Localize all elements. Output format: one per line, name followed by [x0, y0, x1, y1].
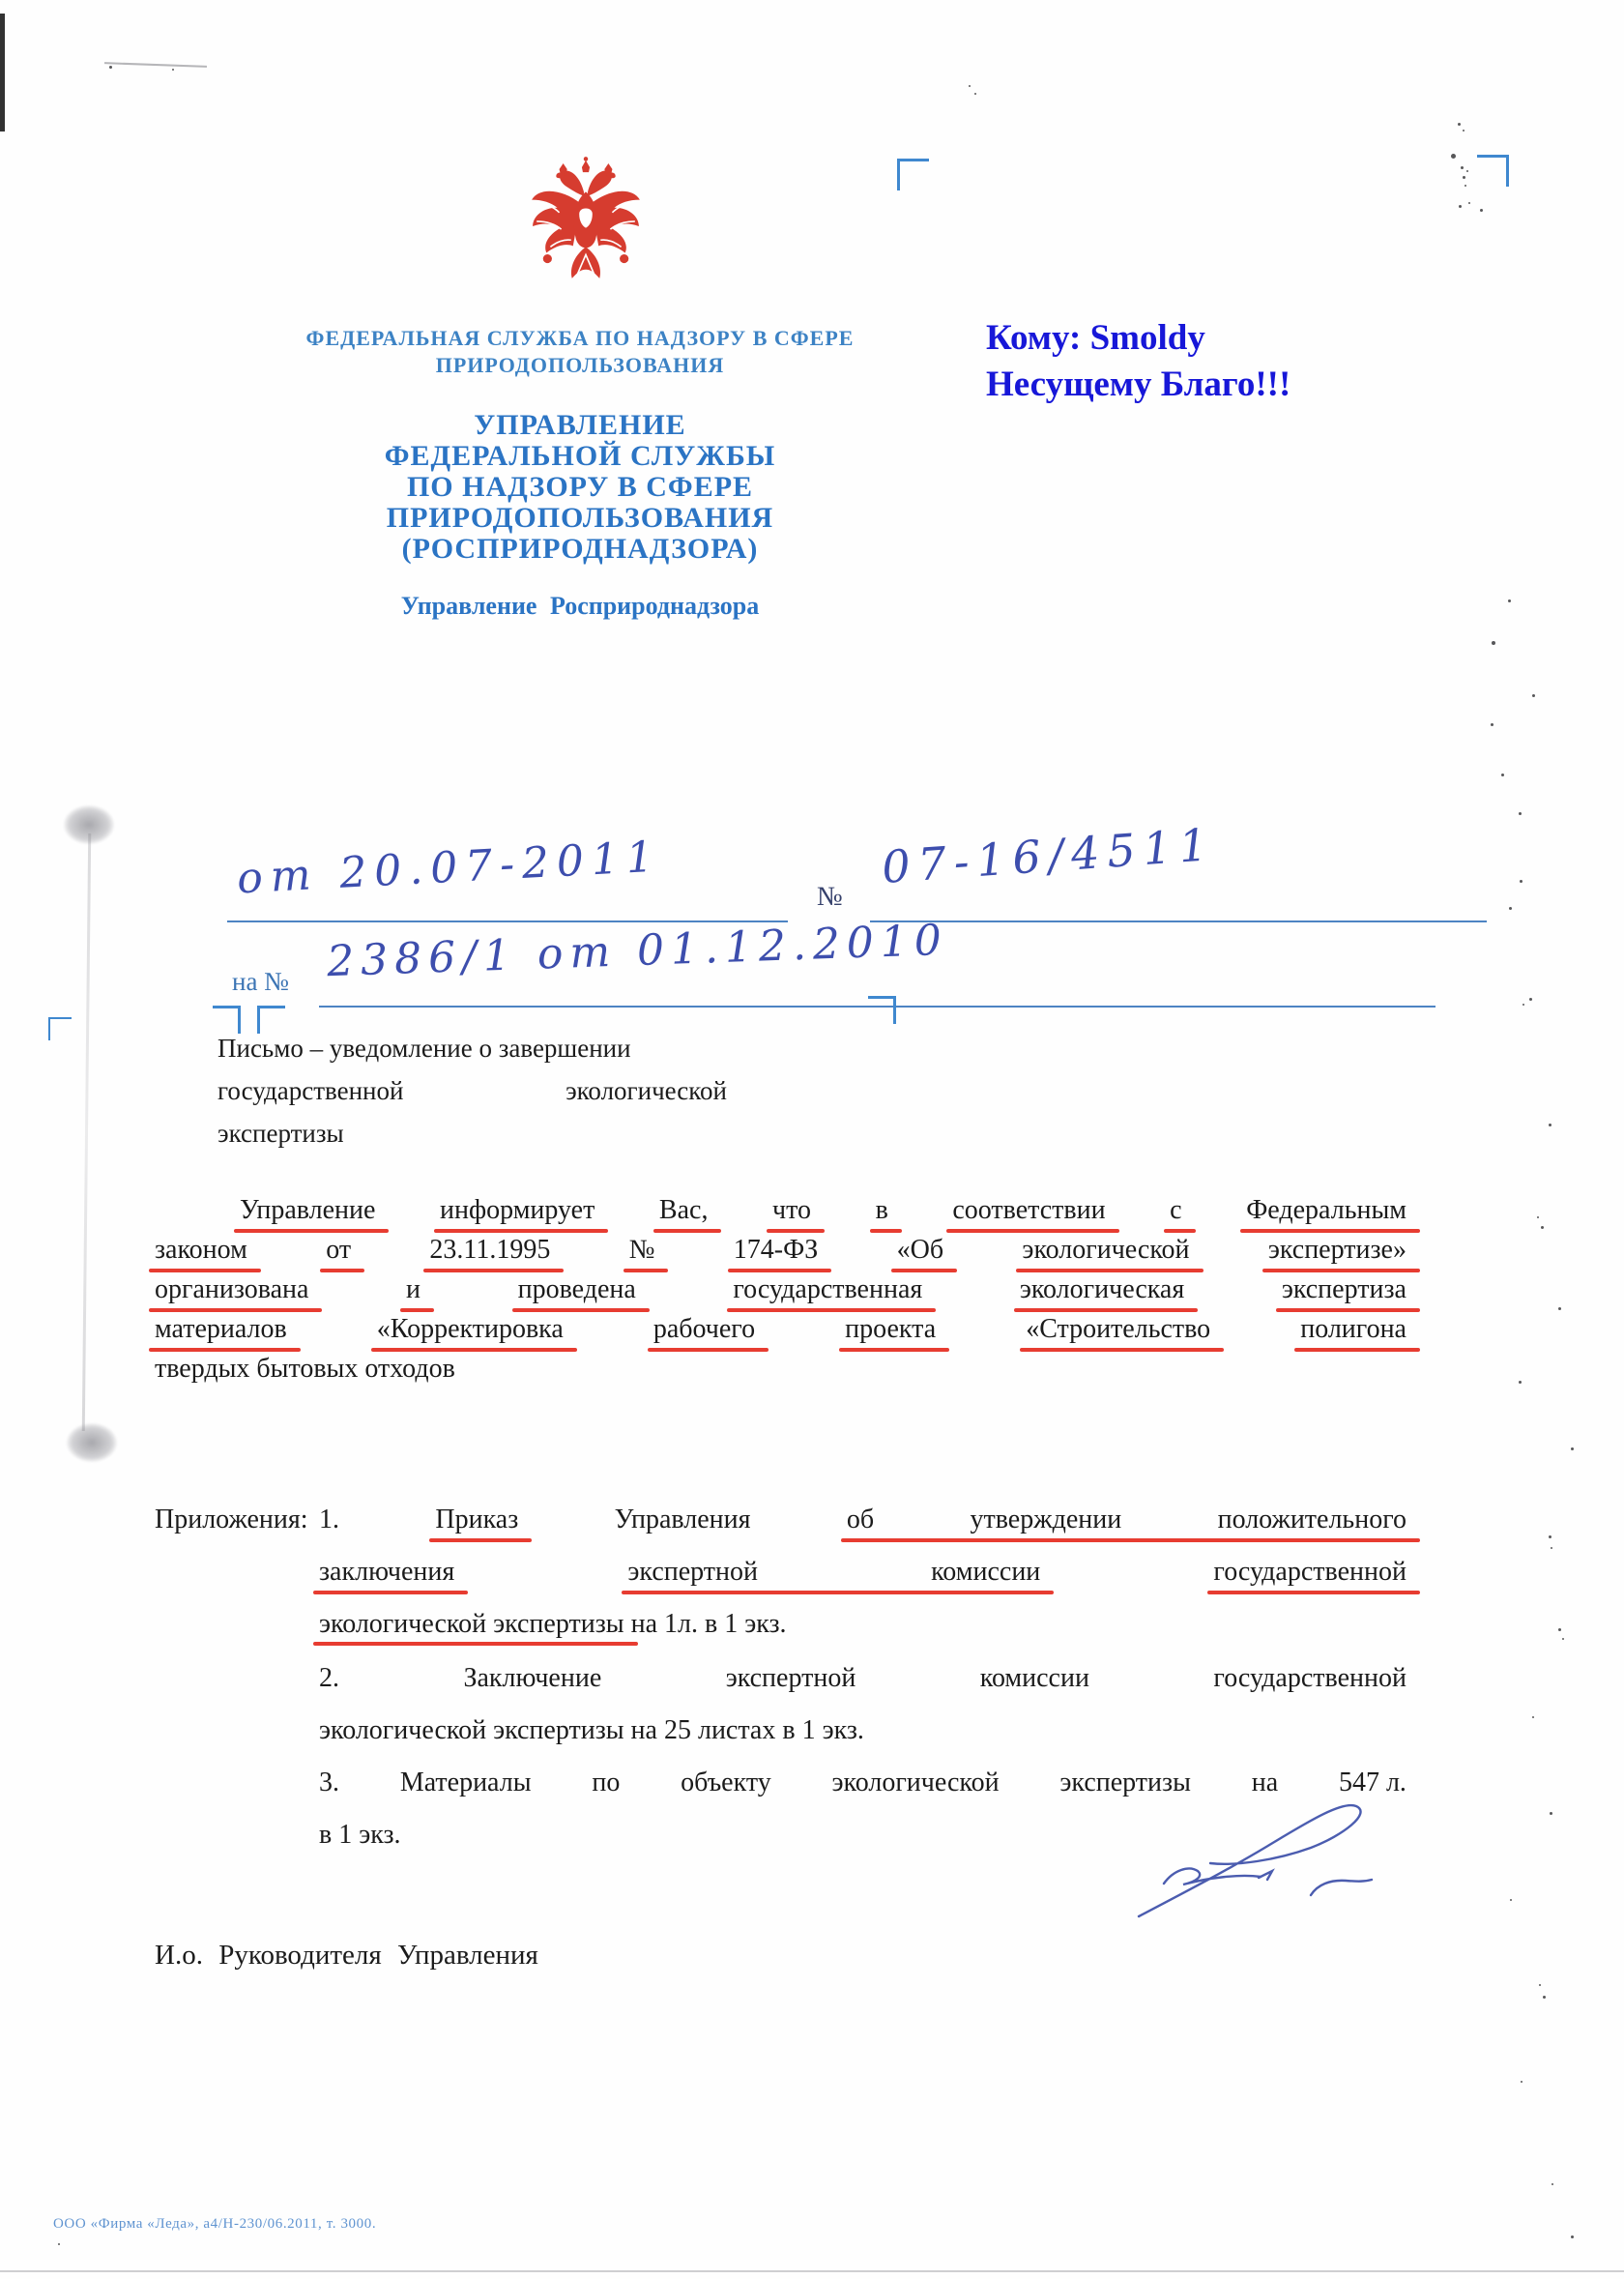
word: 1 — [724, 1609, 738, 1639]
word: комиссии — [980, 1663, 1089, 1694]
red-pen-underline — [891, 1269, 957, 1272]
red-pen-underline — [234, 1229, 389, 1233]
dept-line: ПРИРОДОПОЛЬЗОВАНИЯ — [242, 503, 918, 534]
word: экспертной — [726, 1663, 856, 1694]
scan-speck — [1492, 641, 1495, 645]
scan-speck — [172, 69, 174, 71]
word: государственной — [217, 1069, 403, 1112]
handwritten-signature — [1121, 1781, 1411, 1926]
red-pen-underline — [320, 1269, 364, 1272]
red-pen-underline — [429, 1538, 532, 1542]
attachment-item1-line: экологической экспертизы на 1л. в 1 экз. — [319, 1609, 1406, 1640]
red-pen-underline — [1276, 1308, 1420, 1312]
word: экспертизы — [493, 1609, 624, 1639]
word: информирует — [440, 1195, 594, 1226]
scan-speck — [1521, 2081, 1522, 2083]
scan-speck — [1539, 1984, 1541, 1986]
body-line: материалов «Корректировка рабочего проек… — [155, 1314, 1406, 1345]
word: Материалы — [400, 1768, 532, 1798]
red-pen-underline — [1164, 1229, 1195, 1233]
scan-speck — [1529, 998, 1532, 1001]
word: Управление — [240, 1195, 375, 1226]
red-pen-underline — [1020, 1348, 1224, 1352]
scan-speck — [1519, 812, 1522, 815]
red-pen-underline — [728, 1269, 831, 1272]
word: что — [772, 1195, 811, 1226]
scan-speck — [58, 2243, 60, 2245]
scan-speck — [1549, 1535, 1551, 1538]
word: в — [705, 1609, 717, 1639]
word: Приказ — [435, 1505, 518, 1535]
word: 1. — [319, 1505, 339, 1535]
red-pen-underline — [149, 1269, 261, 1272]
word: рабочего — [653, 1314, 755, 1345]
word: от — [326, 1235, 351, 1266]
scan-speck — [1571, 2235, 1574, 2238]
scan-speck — [109, 66, 112, 69]
word: положительного — [1218, 1505, 1406, 1535]
word: об — [847, 1505, 874, 1535]
word: экспертиза — [1282, 1274, 1406, 1305]
word: соответствии — [952, 1195, 1105, 1226]
scan-speck — [1550, 1812, 1552, 1815]
word: по — [592, 1768, 620, 1798]
scan-speck — [1463, 176, 1465, 179]
red-pen-underline — [1262, 1269, 1420, 1272]
attachment-item1-line: заключения экспертной комиссии государст… — [319, 1557, 1406, 1588]
body-line: твердых бытовых отходов — [155, 1354, 1406, 1385]
scan-speck — [1558, 1307, 1561, 1310]
subject-line2: государственной экологической — [217, 1069, 727, 1112]
red-pen-underline — [512, 1308, 650, 1312]
word: Управления — [615, 1505, 751, 1535]
red-pen-underline — [1240, 1229, 1420, 1233]
red-pen-underline — [841, 1538, 1420, 1542]
attachments-label: Приложения: — [155, 1505, 308, 1535]
scan-speck — [1459, 205, 1462, 208]
body-line: организована и проведена государственная… — [155, 1274, 1406, 1305]
word: организована — [155, 1274, 308, 1305]
word: экологической — [565, 1069, 727, 1112]
dept-line: (РОСПРИРОДНАДЗОРА) — [242, 534, 918, 565]
handwritten-reply-reference: 2386/1 от 01.12.2010 — [326, 916, 948, 986]
scan-speck — [969, 85, 971, 87]
word: экологическая — [1020, 1274, 1184, 1305]
reply-label: на № — [232, 967, 289, 997]
scan-speck — [1510, 1899, 1512, 1901]
recipient-stamp: Кому: Smoldy Несущему Благо!!! — [986, 315, 1290, 408]
scan-speck — [1464, 185, 1466, 187]
handwritten-date: от 20.07-2011 — [236, 833, 662, 904]
scan-speck — [1501, 774, 1504, 776]
red-pen-underline — [648, 1348, 768, 1352]
red-pen-underline — [839, 1348, 949, 1352]
scan-speck — [1508, 599, 1511, 602]
signer-position-title: И.о. Руководителя Управления — [155, 1940, 538, 1972]
scan-speck — [1571, 1447, 1574, 1450]
letterhead-agency: ФЕДЕРАЛЬНАЯ СЛУЖБА ПО НАДЗОРУ В СФЕРЕ ПР… — [242, 325, 918, 379]
word: «Об — [897, 1235, 943, 1266]
dept-line: ПО НАДЗОРУ В СФЕРЕ — [242, 472, 918, 503]
scan-speck — [1451, 154, 1456, 159]
recipient-line1: Кому: Smoldy — [986, 315, 1290, 362]
scan-speck — [1491, 723, 1493, 726]
scan-speck — [1537, 1216, 1539, 1218]
agency-line2: ПРИРОДОПОЛЬЗОВАНИЯ — [242, 352, 918, 379]
corner-mark-icon — [48, 1017, 72, 1040]
word: Федеральным — [1246, 1195, 1406, 1226]
red-pen-underline — [1014, 1308, 1198, 1312]
scan-edge-artifact — [0, 14, 5, 131]
attachment-item1-line: 1. Приказ Управления об утверждении поло… — [319, 1505, 1406, 1535]
word: 1л. — [664, 1609, 698, 1639]
word: комиссии — [931, 1557, 1040, 1588]
word: проведена — [518, 1274, 636, 1305]
pencil-mark — [104, 62, 207, 68]
word: Вас, — [659, 1195, 709, 1226]
scan-speck — [1558, 1628, 1561, 1631]
word: экспертизе» — [1268, 1235, 1406, 1266]
scan-speck — [1466, 170, 1468, 172]
subject-line1: Письмо – уведомление о завершении — [217, 1027, 727, 1069]
red-pen-underline — [946, 1229, 1118, 1233]
word: проекта — [845, 1314, 936, 1345]
red-pen-underline — [653, 1229, 722, 1233]
scan-speck — [1480, 209, 1483, 212]
scan-speck — [1551, 1547, 1552, 1549]
agency-line1: ФЕДЕРАЛЬНАЯ СЛУЖБА ПО НАДЗОРУ В СФЕРЕ — [242, 325, 918, 352]
word: с — [1170, 1195, 1181, 1226]
red-pen-underline — [149, 1308, 322, 1312]
scan-speck — [1522, 1004, 1524, 1006]
scan-speck — [1532, 1716, 1534, 1718]
letterhead-subdivision: Управление Росприроднадзора — [242, 592, 918, 621]
word: объекту — [681, 1768, 771, 1798]
recipient-line2: Несущему Благо!!! — [986, 362, 1290, 408]
letterhead-department: УПРАВЛЕНИЕ ФЕДЕРАЛЬНОЙ СЛУЖБЫ ПО НАДЗОРУ… — [242, 410, 918, 565]
red-pen-underline — [371, 1348, 577, 1352]
red-pen-underline — [1207, 1591, 1420, 1594]
scan-speck — [1463, 130, 1464, 131]
punch-hole-shadow — [67, 1423, 117, 1462]
word: экологической — [1022, 1235, 1189, 1266]
word: экспертной — [627, 1557, 758, 1588]
word: Заключение — [463, 1663, 601, 1694]
form-rule — [870, 920, 1487, 922]
scan-speck — [1519, 1381, 1522, 1384]
attachment-item2-line: экологической экспертизы на 25 листах в … — [319, 1715, 1406, 1746]
scan-speck — [1458, 123, 1461, 126]
red-pen-underline — [727, 1308, 936, 1312]
word: полигона — [1300, 1314, 1406, 1345]
scan-speck — [1520, 880, 1522, 883]
word: государственной — [1213, 1557, 1406, 1588]
word: на — [631, 1609, 657, 1639]
red-pen-underline — [623, 1269, 669, 1272]
word: 23.11.1995 — [429, 1235, 550, 1266]
red-pen-underline — [313, 1642, 638, 1646]
red-pen-underline — [423, 1269, 564, 1272]
word: материалов — [155, 1314, 287, 1345]
red-pen-underline — [400, 1308, 434, 1312]
word: утверждении — [971, 1505, 1122, 1535]
red-pen-underline — [434, 1229, 608, 1233]
scanned-letter-page: ФЕДЕРАЛЬНАЯ СЛУЖБА ПО НАДЗОРУ В СФЕРЕ ПР… — [0, 0, 1624, 2279]
red-pen-underline — [313, 1591, 468, 1594]
dept-line: УПРАВЛЕНИЕ — [242, 410, 918, 441]
dept-line: ФЕДЕРАЛЬНОЙ СЛУЖБЫ — [242, 441, 918, 472]
scan-speck — [1549, 1124, 1551, 1126]
scan-streak — [82, 833, 91, 1431]
word: государственной — [1213, 1663, 1406, 1694]
red-pen-underline — [1016, 1269, 1203, 1272]
attachment-item2-line: 2. Заключение экспертной комиссии госуда… — [319, 1663, 1406, 1694]
scan-speck — [974, 93, 976, 95]
coat-of-arms-eagle-icon — [527, 155, 645, 296]
red-pen-underline — [149, 1348, 301, 1352]
body-line: законом от 23.11.1995 № 174-ФЗ «Об эколо… — [155, 1235, 1406, 1266]
red-pen-underline — [870, 1229, 902, 1233]
red-pen-underline — [622, 1591, 1054, 1594]
red-pen-underline — [767, 1229, 825, 1233]
scan-speck — [1543, 1996, 1546, 1999]
scan-speck — [1509, 907, 1512, 910]
word: и — [406, 1274, 420, 1305]
scan-speck — [1532, 694, 1535, 697]
word: законом — [155, 1235, 247, 1266]
handwritten-number: 07-16/4511 — [881, 818, 1217, 893]
corner-mark-icon — [897, 159, 929, 190]
printer-imprint: ООО «Фирма «Леда», а4/Н-230/06.2011, т. … — [53, 2216, 376, 2233]
word: 174-ФЗ — [734, 1235, 818, 1266]
word: в — [876, 1195, 888, 1226]
word: экз. — [744, 1609, 786, 1639]
word: экологической — [319, 1609, 486, 1639]
word: экологической — [832, 1768, 1000, 1798]
number-label: № — [817, 882, 843, 913]
word: государственная — [733, 1274, 922, 1305]
word: «Строительство — [1026, 1314, 1210, 1345]
corner-mark-icon — [868, 996, 896, 1024]
scan-edge-artifact — [0, 2270, 1624, 2272]
scan-speck — [1562, 1638, 1564, 1640]
scan-speck — [1461, 166, 1464, 169]
form-rule — [227, 920, 788, 922]
scan-speck — [1551, 2183, 1553, 2185]
word: 2. — [319, 1663, 339, 1694]
word: № — [629, 1235, 655, 1266]
red-pen-underline — [1294, 1348, 1420, 1352]
subject-block: Письмо – уведомление о завершении госуда… — [217, 1027, 727, 1154]
scan-speck — [1468, 202, 1470, 204]
word: «Корректировка — [377, 1314, 564, 1345]
body-line: Управление информирует Вас, что в соотве… — [240, 1195, 1406, 1226]
subject-line3: экспертизы — [217, 1112, 727, 1154]
corner-mark-icon — [1477, 155, 1509, 187]
word: 3. — [319, 1768, 339, 1798]
scan-speck — [1541, 1226, 1544, 1229]
word: заключения — [319, 1557, 454, 1588]
